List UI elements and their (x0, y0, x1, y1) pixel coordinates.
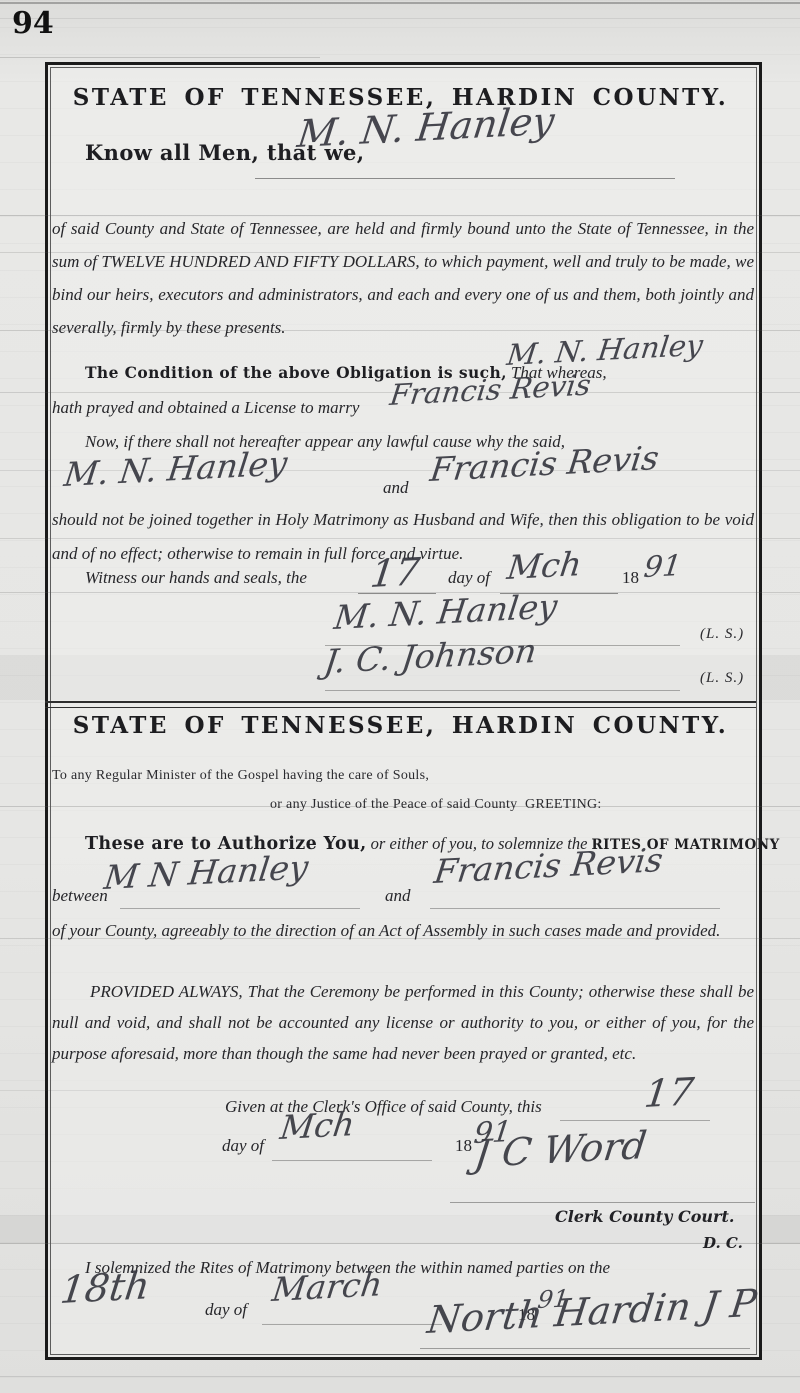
section-divider (45, 701, 756, 708)
license-provided-paragraph: PROVIDED ALWAYS, That the Ceremony be pe… (52, 976, 754, 1069)
clerk-signature: J C Word (472, 1123, 649, 1176)
officiant-signature-rule (420, 1348, 750, 1349)
license-address-line-2: or any Justice of the Peace of said Coun… (270, 797, 602, 813)
scan-streak (0, 1376, 800, 1377)
return-day-of: day of (205, 1300, 247, 1320)
bond-obligation-paragraph: of said County and State of Tennessee, a… (52, 212, 754, 344)
clerk-title: Clerk County Court. (555, 1207, 734, 1226)
return-day: 18th (58, 1263, 152, 1312)
license-address-line-1: To any Regular Minister of the Gospel ha… (52, 768, 429, 784)
and-word: and (383, 478, 409, 498)
given-year-printed: 18 (455, 1136, 472, 1156)
return-month-rule (262, 1324, 442, 1325)
given-month-rule (272, 1160, 432, 1161)
seal-label-2: (L. S.) (700, 670, 744, 687)
license-authorize-line: These are to Authorize You, or either of… (85, 834, 780, 854)
witness-day-of: day of (448, 568, 490, 588)
groom-name-rule (120, 908, 360, 909)
scan-streak (0, 18, 800, 19)
signature-rule (255, 178, 675, 179)
scanned-marriage-record-page: 94 STATE OF TENNESSEE, HARDIN COUNTY. Kn… (0, 0, 800, 1393)
license-county-paragraph: of your County, agreeably to the directi… (52, 914, 754, 948)
witness-year-printed: 18 (622, 568, 639, 588)
scan-streak (0, 57, 320, 58)
return-month: March (270, 1264, 385, 1309)
witness-month: Mch (505, 544, 584, 587)
witness-day: 17 (368, 550, 422, 596)
witness-prefix: Witness our hands and seals, the (85, 568, 307, 588)
given-day-of: day of (222, 1136, 264, 1156)
license-and-word: and (385, 886, 411, 906)
given-day: 17 (642, 1070, 696, 1116)
clerk-signature-rule (450, 1202, 755, 1203)
page-number: 94 (12, 6, 54, 41)
witness-year-written: 91 (642, 548, 683, 584)
scan-streak (0, 2, 800, 4)
seal-rule-2 (325, 690, 680, 691)
between-label: between (52, 886, 108, 906)
license-section-title: STATE OF TENNESSEE, HARDIN COUNTY. (45, 712, 756, 739)
bride-name-rule (430, 908, 720, 909)
license-prayed-line: hath prayed and obtained a License to ma… (52, 398, 359, 418)
given-month: Mch (278, 1104, 357, 1147)
given-day-rule (560, 1120, 710, 1121)
deputy-clerk-label: D. C. (703, 1234, 743, 1252)
given-prefix: Given at the Clerk's Office of said Coun… (225, 1097, 542, 1117)
seal-label-1: (L. S.) (700, 626, 744, 643)
